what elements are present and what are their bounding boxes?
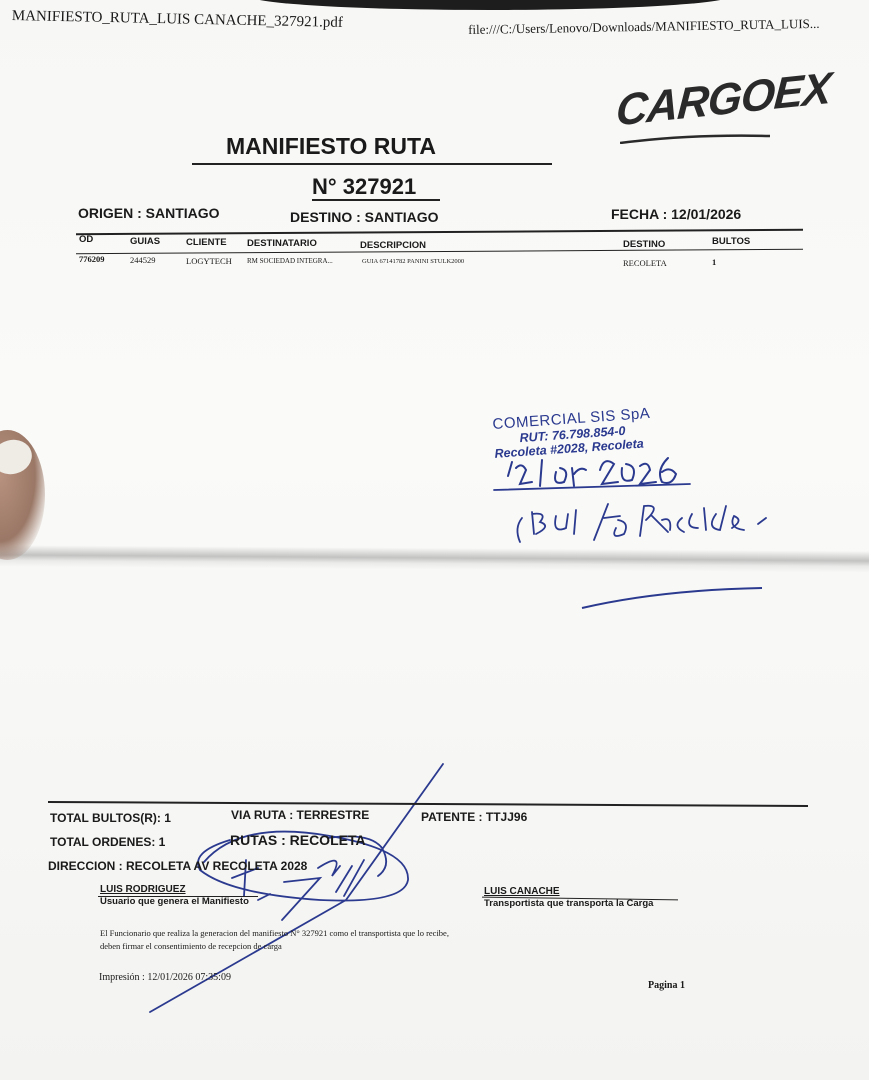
cell-destino: RECOLETA — [623, 258, 667, 268]
col-od: OD — [79, 234, 93, 245]
generator-name: LUIS RODRIGUEZ — [100, 884, 186, 895]
origin: ORIGEN : SANTIAGO — [78, 205, 220, 221]
print-timestamp: Impresión : 12/01/2026 07:35:09 — [99, 972, 231, 983]
col-destinatario: DESTINATARIO — [247, 238, 317, 249]
cell-bultos: 1 — [712, 257, 716, 267]
total-ordenes: TOTAL ORDENES: 1 — [50, 835, 165, 849]
cell-cliente: LOGYTECH — [186, 256, 232, 266]
title-divider — [192, 163, 552, 165]
cell-descripcion: GUIA 67141782 PANINI STULK2000 — [362, 258, 464, 265]
number-underline — [312, 199, 440, 201]
manifest-document — [0, 0, 869, 1080]
date: FECHA : 12/01/2026 — [611, 206, 741, 222]
total-bultos: TOTAL BULTOS(R): 1 — [50, 811, 171, 825]
legal-line-1: El Funcionario que realiza la generacion… — [100, 928, 449, 938]
carrier-role: Transportista que transporta la Carga — [484, 898, 653, 909]
col-bultos: BULTOS — [712, 236, 750, 247]
page-number: Pagina 1 — [648, 980, 685, 991]
logo-swoosh-icon — [620, 134, 770, 144]
carrier-name: LUIS CANACHE — [484, 886, 560, 897]
generator-role: Usuario que genera el Manifiesto — [100, 896, 249, 907]
direccion: DIRECCION : RECOLETA AV RECOLETA 2028 — [48, 859, 307, 873]
manifest-number: N° 327921 — [312, 174, 416, 200]
document-title: MANIFIESTO RUTA — [226, 133, 436, 160]
legal-line-2: deben firmar el consentimiento de recepc… — [100, 941, 282, 951]
col-guias: GUIAS — [130, 236, 160, 247]
cell-destinatario: RM SOCIEDAD INTEGRA... — [247, 257, 333, 265]
cell-guias: 244529 — [130, 255, 156, 265]
col-descripcion: DESCRIPCION — [360, 240, 426, 251]
rutas: RUTAS : RECOLETA — [230, 832, 366, 848]
destination: DESTINO : SANTIAGO — [290, 209, 439, 225]
patente: PATENTE : TTJJ96 — [421, 810, 527, 824]
via-ruta: VIA RUTA : TERRESTRE — [231, 808, 369, 822]
cell-od: 776209 — [79, 254, 105, 264]
col-destino: DESTINO — [623, 239, 665, 250]
col-cliente: CLIENTE — [186, 237, 227, 248]
